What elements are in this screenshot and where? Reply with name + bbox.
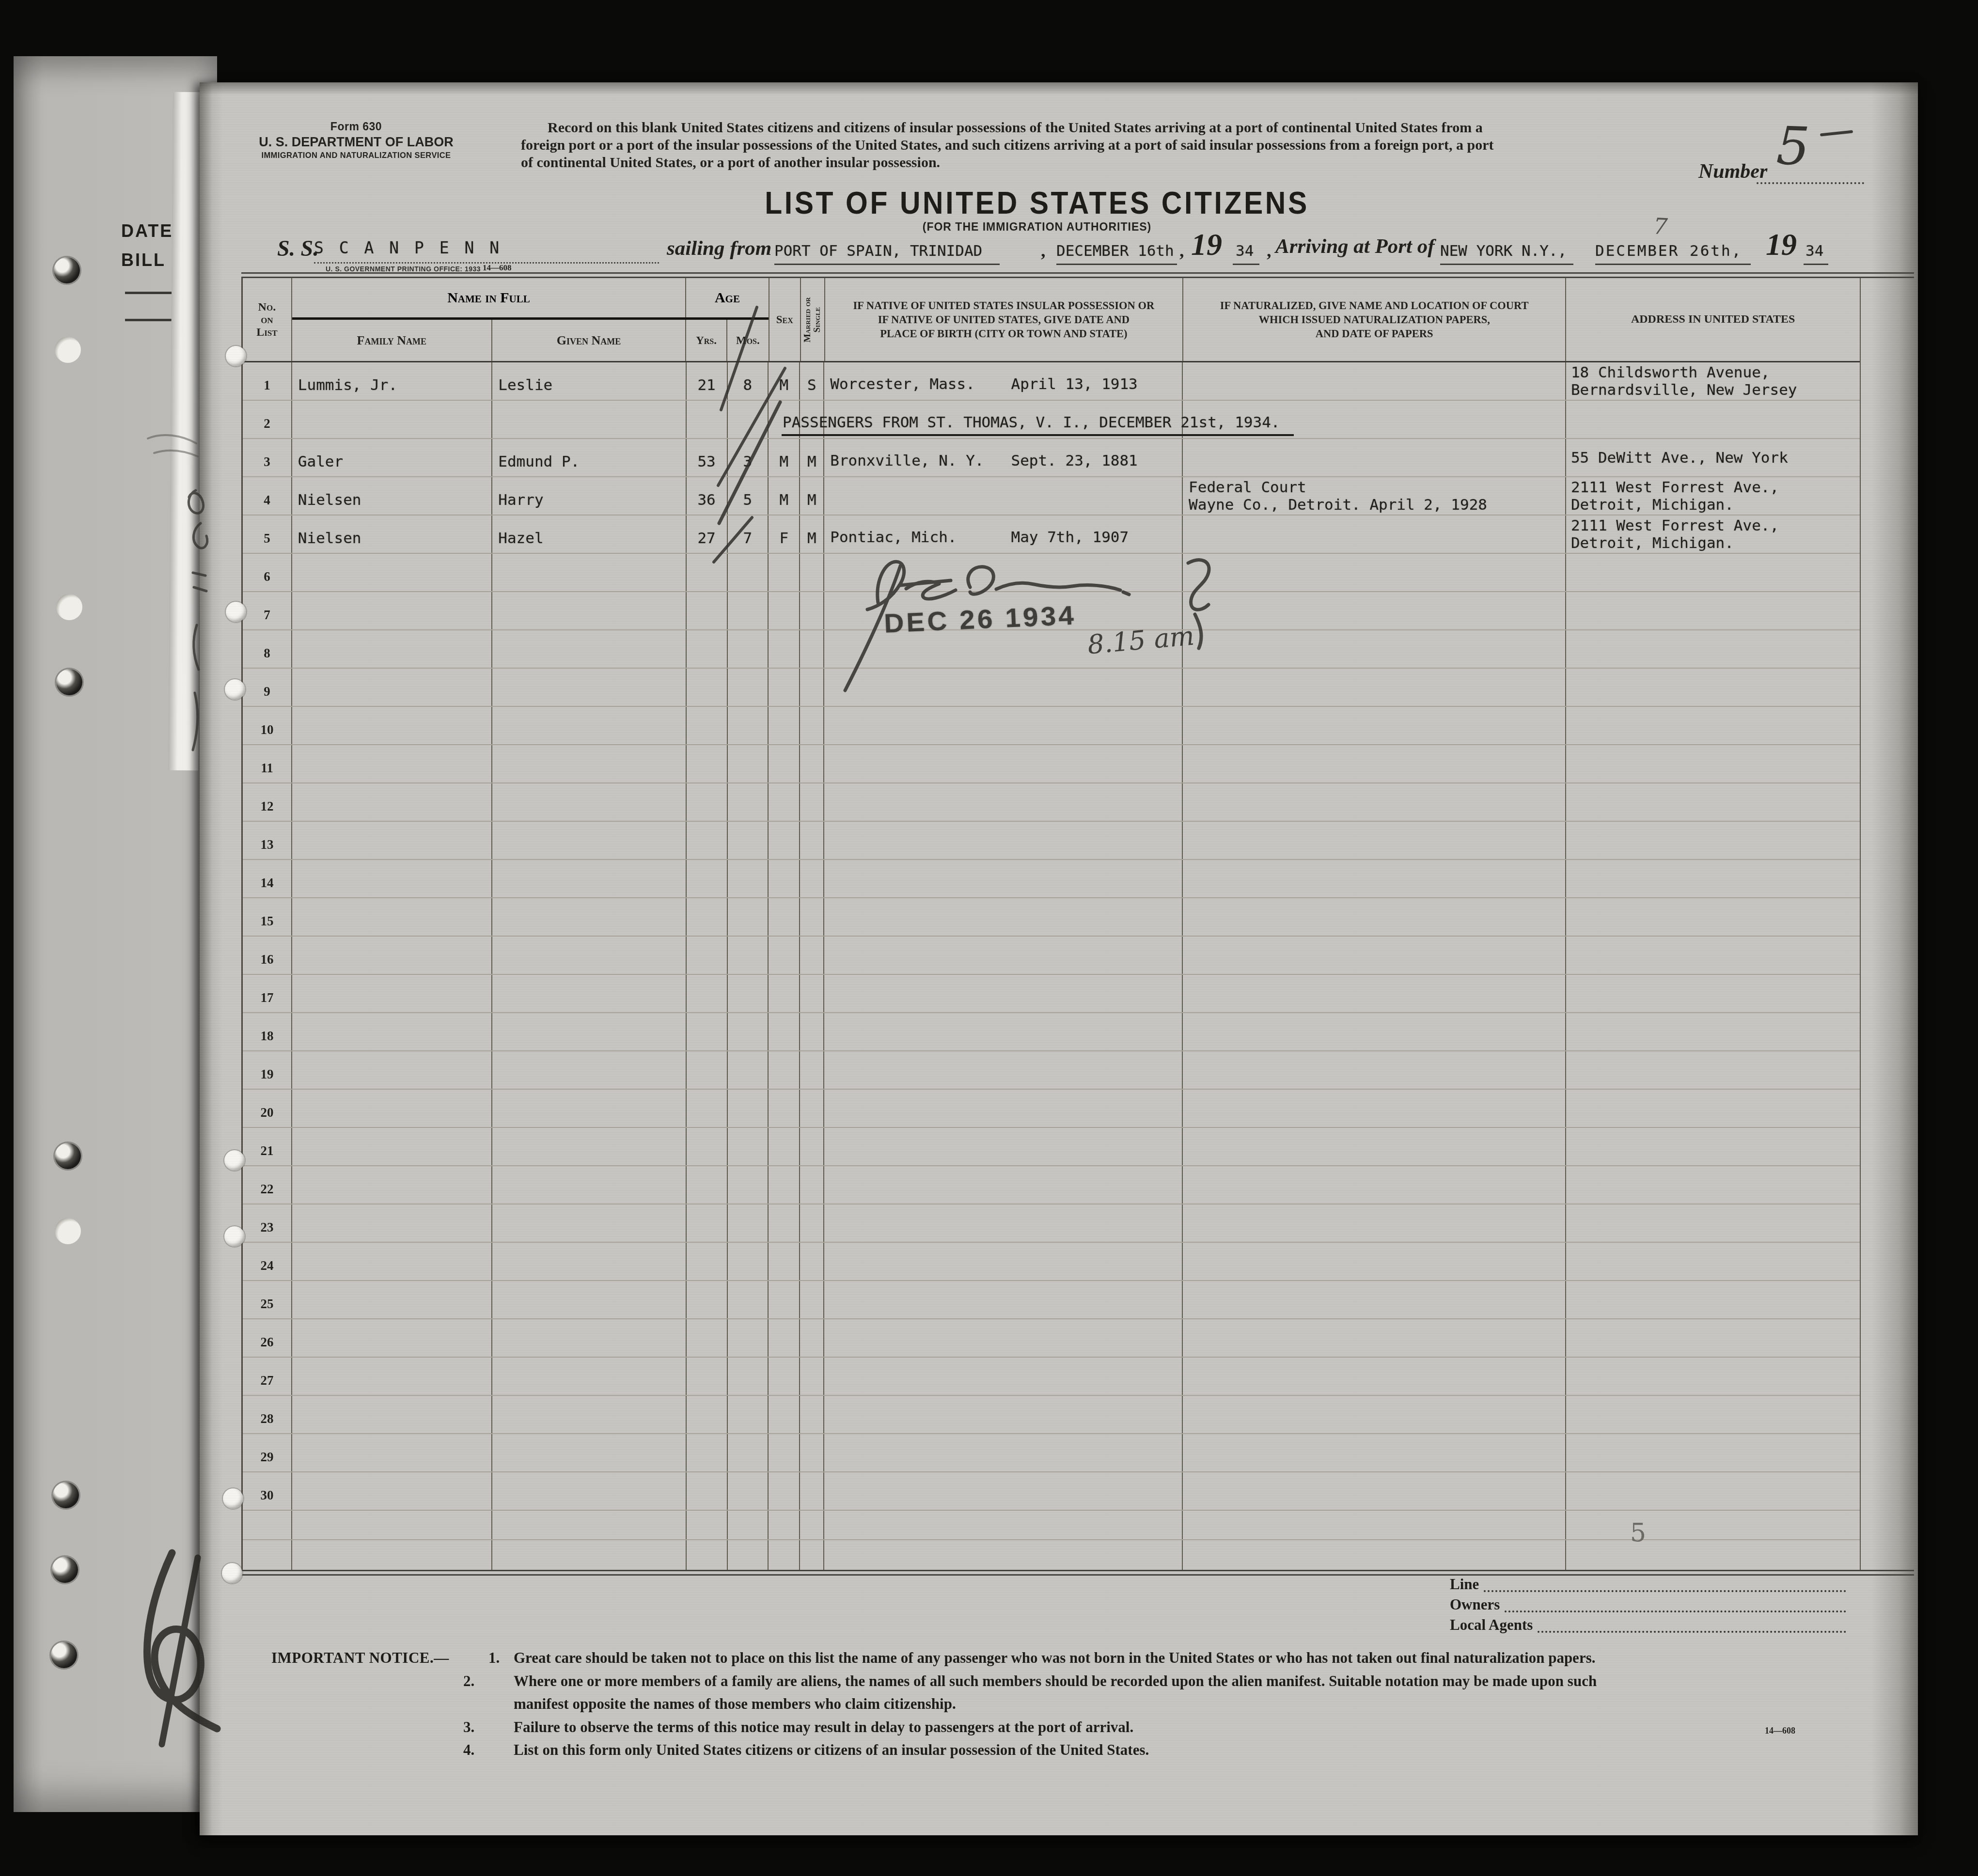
table-row: 29 [243, 1434, 1860, 1472]
page-edge-shadow [200, 82, 223, 1835]
table-body: 1 Lummis, Jr. Leslie 21 8 M S Worcester,… [243, 362, 1860, 1511]
table-row: 15 [243, 898, 1860, 937]
row-number: 14 [260, 875, 273, 891]
row-number: 5 [264, 531, 270, 546]
table-row: 4 Nielsen Harry 36 5 M M Federal Court W… [243, 477, 1860, 516]
page-edge-shadow [200, 82, 1918, 95]
sailing-from-label: sailing from [667, 236, 771, 260]
table-row: 8 [243, 630, 1860, 669]
intro-paragraph: Record on this blank United States citiz… [521, 119, 1621, 172]
birth-value: Pontiac, Mich. May 7th, 1907 [830, 529, 1129, 546]
row-number: 19 [260, 1067, 273, 1082]
arrival-date: DECEMBER 26th, [1595, 242, 1751, 265]
table-row: 26 [243, 1319, 1860, 1358]
col-header-age: Age [686, 278, 769, 317]
row-number: 2 [264, 416, 270, 431]
separator-comma: , [1041, 240, 1046, 262]
row-number: 9 [264, 684, 270, 699]
row-number: 27 [260, 1373, 273, 1388]
double-rule [241, 1570, 1914, 1571]
table-row: 16 [243, 937, 1860, 975]
handwritten-list-number: 5 [1775, 116, 1811, 177]
important-notice: IMPORTANT NOTICE.—1.Great care should be… [271, 1646, 1909, 1762]
separator-comma: , [1267, 240, 1272, 262]
table-row-blank [243, 1540, 1860, 1570]
naturalization-value: Federal Court Wayne Co., Detroit. April … [1189, 479, 1487, 514]
form-code-bottom: 14—608 [1765, 1726, 1795, 1736]
line-dotted-field [1484, 1576, 1846, 1592]
table-header: No. on List Name in Full Age Family Name… [243, 278, 1860, 362]
row-number: 25 [260, 1297, 273, 1312]
punch-hole [226, 346, 246, 366]
age-months-value: 8 [743, 376, 753, 394]
page-edge-shadow [1871, 82, 1918, 1835]
col-header-family-name: Family Name [292, 320, 492, 361]
col-header-naturalization: IF NATURALIZED, GIVE NAME AND LOCATION O… [1183, 278, 1566, 361]
row-number: 23 [260, 1220, 273, 1235]
arrival-year: 34 [1804, 242, 1828, 265]
table-row: 30 [243, 1472, 1860, 1511]
table-row: 10 [243, 707, 1860, 745]
age-years-value: 36 [697, 491, 715, 509]
row-number: 8 [264, 646, 270, 661]
address-value: 18 Childsworth Avenue, Bernardsville, Ne… [1571, 364, 1797, 399]
married-single-value: M [807, 530, 816, 547]
table-row: 3 Galer Edmund P. 53 3 M M Bronxville, N… [243, 439, 1860, 477]
family-name-value: Nielsen [298, 530, 361, 547]
page-subtitle: (FOR THE IMMIGRATION AUTHORITIES) [712, 220, 1362, 234]
table-row: 27 [243, 1358, 1860, 1396]
pencil-page-number: 5 [1630, 1518, 1646, 1548]
married-single-value: S [807, 376, 816, 394]
table-row: 21 [243, 1128, 1860, 1166]
punch-hole [225, 679, 245, 700]
table-row: 22 [243, 1166, 1860, 1204]
row-number: 21 [260, 1143, 273, 1158]
row-number: 22 [260, 1182, 273, 1197]
form-code-top: 14—608 [483, 263, 512, 273]
table-row-blank [243, 1511, 1860, 1540]
back-page-bill-label: BILL [121, 250, 166, 270]
table-row: 28 [243, 1396, 1860, 1434]
sailing-port: PORT OF SPAIN, TRINIDAD [774, 242, 1000, 265]
age-years-value: 21 [697, 376, 715, 394]
address-value: 55 DeWitt Ave., New York [1571, 449, 1788, 467]
given-name-value: Leslie [498, 376, 552, 394]
row-number: 13 [260, 837, 273, 852]
table-row: 6 [243, 554, 1860, 592]
sex-value: M [780, 453, 789, 470]
ship-name: S C A N P E N N [314, 238, 502, 257]
back-page-date-label: DATE [121, 221, 173, 241]
birth-value: Bronxville, N. Y. Sept. 23, 1881 [830, 452, 1138, 469]
row-number: 30 [260, 1488, 273, 1503]
row-number: 7 [264, 608, 270, 623]
ship-name-field: S C A N P E N N [314, 238, 659, 264]
notice-item-2: 2.Where one or more members of a family … [271, 1670, 1909, 1716]
notice-item-3: 3.Failure to observe the terms of this n… [271, 1716, 1909, 1739]
row-number: 28 [260, 1411, 273, 1426]
col-header-mos: Mos. [727, 320, 769, 361]
row-number: 1 [264, 378, 270, 393]
punch-hole [56, 594, 82, 620]
punch-hole [51, 1642, 77, 1668]
handwritten-seven-mark: 7 [1653, 213, 1668, 239]
col-header-given-name: Given Name [492, 320, 686, 361]
printed-year-19: 19 [1191, 227, 1222, 263]
table-row: 9 [243, 669, 1860, 707]
row-number: 6 [264, 569, 270, 584]
table-row: 13 [243, 822, 1860, 860]
col-header-name-in-full: Name in Full [292, 278, 686, 317]
torn-page-edge [168, 92, 203, 770]
punch-hole [56, 669, 82, 695]
row-number: 11 [261, 761, 273, 776]
table-row: 14 [243, 860, 1860, 898]
address-value: 2111 West Forrest Ave., Detroit, Michiga… [1571, 479, 1779, 514]
local-agents-label: Local Agents [1450, 1616, 1533, 1637]
col-group-name-age: Name in Full Age Family Name Given Name … [292, 278, 769, 361]
punch-hole [54, 257, 80, 283]
birth-value: Worcester, Mass. April 13, 1913 [830, 375, 1138, 393]
row-number: 18 [260, 1029, 273, 1044]
scanned-document: DATE BILL Form 630 U. S. DEPARTMENT OF L… [0, 0, 1978, 1876]
punch-hole [55, 1218, 81, 1244]
ss-prefix: S. S. [277, 235, 319, 261]
age-months-value: 3 [743, 453, 753, 470]
table-row: 5 Nielsen Hazel 27 7 F M Pontiac, Mich. … [243, 516, 1860, 554]
col-header-married-or-single: Married or Single [801, 278, 825, 361]
row-number: 3 [264, 454, 270, 469]
punch-hole [53, 1482, 79, 1508]
number-dotted-line [1757, 163, 1864, 184]
punch-hole [223, 1488, 243, 1509]
row-number: 17 [260, 990, 273, 1005]
punch-hole [224, 1226, 245, 1247]
table-row: 12 [243, 783, 1860, 822]
address-value: 2111 West Forrest Ave., Detroit, Michiga… [1571, 517, 1779, 552]
notice-item-4: 4.List on this form only United States c… [271, 1738, 1909, 1762]
row-number: 15 [260, 914, 273, 929]
row-number: 29 [260, 1450, 273, 1465]
footer-fields: Line Owners Local Agents [1450, 1576, 1846, 1637]
sex-value: F [780, 530, 789, 547]
department-name: U. S. DEPARTMENT OF LABOR [242, 135, 470, 150]
sex-value: M [780, 376, 789, 394]
separator-comma: , [1179, 240, 1184, 262]
form-number: Form 630 [242, 120, 470, 133]
punch-hole [226, 602, 246, 622]
punch-hole [52, 1557, 78, 1583]
given-name-value: Edmund P. [498, 453, 580, 470]
printed-year-19: 19 [1766, 227, 1797, 263]
table-row: 23 [243, 1204, 1860, 1243]
punch-hole [224, 1150, 245, 1171]
table-row: 17 [243, 975, 1860, 1013]
punch-hole [222, 1563, 242, 1583]
manifest-table: No. on List Name in Full Age Family Name… [241, 278, 1861, 1570]
age-years-value: 53 [697, 453, 715, 470]
table-row: 11 [243, 745, 1860, 783]
sailing-date: DECEMBER 16th [1056, 242, 1177, 265]
col-header-sex: Sex [769, 278, 801, 361]
row-number: 24 [260, 1258, 273, 1273]
col-header-birth: IF NATIVE OF UNITED STATES INSULAR POSSE… [825, 278, 1183, 361]
table-row: 24 [243, 1243, 1860, 1281]
given-name-value: Harry [498, 491, 543, 509]
line-label: Line [1450, 1576, 1479, 1596]
married-single-value: M [807, 453, 816, 470]
row-number: 16 [260, 952, 273, 967]
passengers-note: PASSENGERS FROM ST. THOMAS, V. I., DECEM… [782, 414, 1294, 436]
table-row: 25 [243, 1281, 1860, 1319]
sailing-year: 34 [1233, 242, 1259, 265]
age-months-value: 7 [743, 530, 753, 547]
punch-hole [55, 1143, 81, 1169]
page-title: LIST OF UNITED STATES CITIZENS [738, 185, 1336, 221]
table-row: 20 [243, 1090, 1860, 1128]
notice-heading: IMPORTANT NOTICE.— [271, 1646, 488, 1670]
family-name-value: Lummis, Jr. [298, 376, 397, 394]
family-name-value: Galer [298, 453, 343, 470]
table-row: 1 Lummis, Jr. Leslie 21 8 M S Worcester,… [243, 362, 1860, 401]
col-header-address: ADDRESS IN UNITED STATES [1566, 278, 1860, 361]
punch-hole [55, 337, 81, 363]
married-single-value: M [807, 491, 816, 509]
arriving-label: Arriving at Port of [1275, 234, 1435, 258]
row-number: 26 [260, 1335, 273, 1350]
row-number: 10 [260, 722, 273, 737]
family-name-value: Nielsen [298, 491, 361, 509]
col-header-no-on-list: No. on List [243, 278, 292, 361]
form-id-block: Form 630 U. S. DEPARTMENT OF LABOR IMMIG… [242, 120, 470, 160]
row-number: 4 [264, 493, 270, 508]
col-header-yrs: Yrs. [686, 320, 727, 361]
row-number: 12 [260, 799, 273, 814]
local-agents-dotted-field [1538, 1616, 1846, 1633]
age-years-value: 27 [697, 530, 715, 547]
table-row: 2 PASSENGERS FROM ST. THOMAS, V. I., DEC… [243, 401, 1860, 439]
table-row: 18 [243, 1013, 1860, 1051]
gov-printing-office-mark: U. S. GOVERNMENT PRINTING OFFICE: 1933 [326, 265, 481, 273]
row-number: 20 [260, 1105, 273, 1120]
service-name: IMMIGRATION AND NATURALIZATION SERVICE [242, 151, 470, 160]
owners-label: Owners [1450, 1596, 1500, 1616]
arrival-port: NEW YORK N.Y., [1440, 242, 1573, 265]
table-row: 19 [243, 1051, 1860, 1090]
owners-dotted-field [1505, 1596, 1846, 1612]
age-months-value: 5 [743, 491, 753, 509]
notice-line-1: IMPORTANT NOTICE.—1.Great care should be… [271, 1646, 1909, 1670]
given-name-value: Hazel [498, 530, 543, 547]
double-rule [241, 272, 1914, 274]
sex-value: M [780, 491, 789, 509]
